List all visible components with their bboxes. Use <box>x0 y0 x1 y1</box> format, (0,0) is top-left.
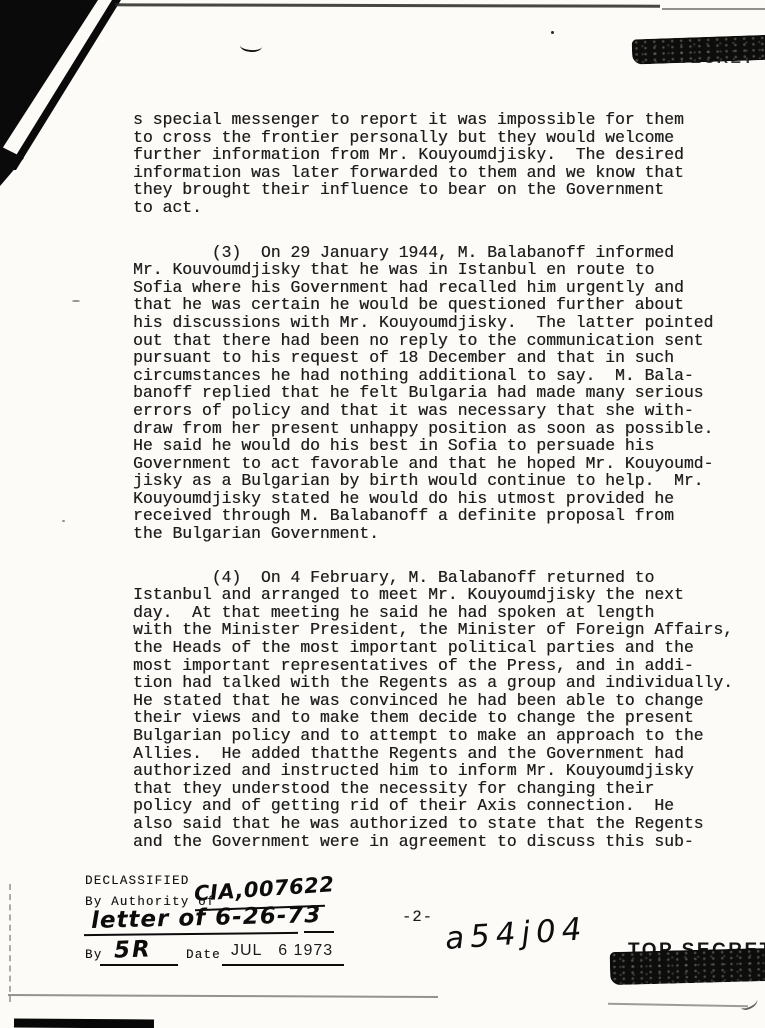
scanned-document-page: TOP SECRET s special messenger to report… <box>0 0 765 1028</box>
scan-squiggle <box>739 995 760 1012</box>
paragraph-4: (4) On 4 February, M. Balabanoff returne… <box>133 569 733 851</box>
underline <box>100 964 178 966</box>
scan-corner-artifact <box>0 0 135 192</box>
page-number: -2- <box>402 908 433 926</box>
scan-speck <box>72 300 80 302</box>
redaction-bar-icon <box>610 948 765 985</box>
scan-line-bottom-right <box>608 1003 748 1007</box>
scan-speck <box>551 31 554 34</box>
scan-corner-bar <box>14 1019 154 1028</box>
declassification-stamp: DECLASSIFIED By Authority of CIA,007622 … <box>78 872 388 987</box>
by-label: By <box>85 948 102 962</box>
document-body: s special messenger to report it was imp… <box>133 111 733 850</box>
declassified-label: DECLASSIFIED <box>85 874 189 888</box>
date-label: Date <box>186 948 221 962</box>
letter-line-handwritten: letter of 6-26-73 <box>91 902 322 934</box>
paragraph-3: (3) On 29 January 1944, M. Balabanoff in… <box>133 244 733 543</box>
scan-speck <box>62 520 65 522</box>
scan-line-top-right <box>662 8 765 10</box>
scan-dashed-edge <box>9 884 11 1002</box>
scan-line-bottom-left <box>8 994 438 998</box>
handwritten-note: a54j04 <box>444 911 589 957</box>
authority-value-handwritten: CIA,007622 <box>193 872 335 906</box>
underline <box>222 964 344 966</box>
scan-line-top <box>115 3 660 7</box>
by-value-handwritten: 5R <box>114 936 153 963</box>
underline <box>304 931 334 933</box>
date-stamp: JUL 6 1973 <box>231 942 333 960</box>
paragraph-continuation: s special messenger to report it was imp… <box>133 111 733 217</box>
handwritten-check-mark <box>240 39 263 53</box>
redaction-bar-icon <box>632 34 765 64</box>
